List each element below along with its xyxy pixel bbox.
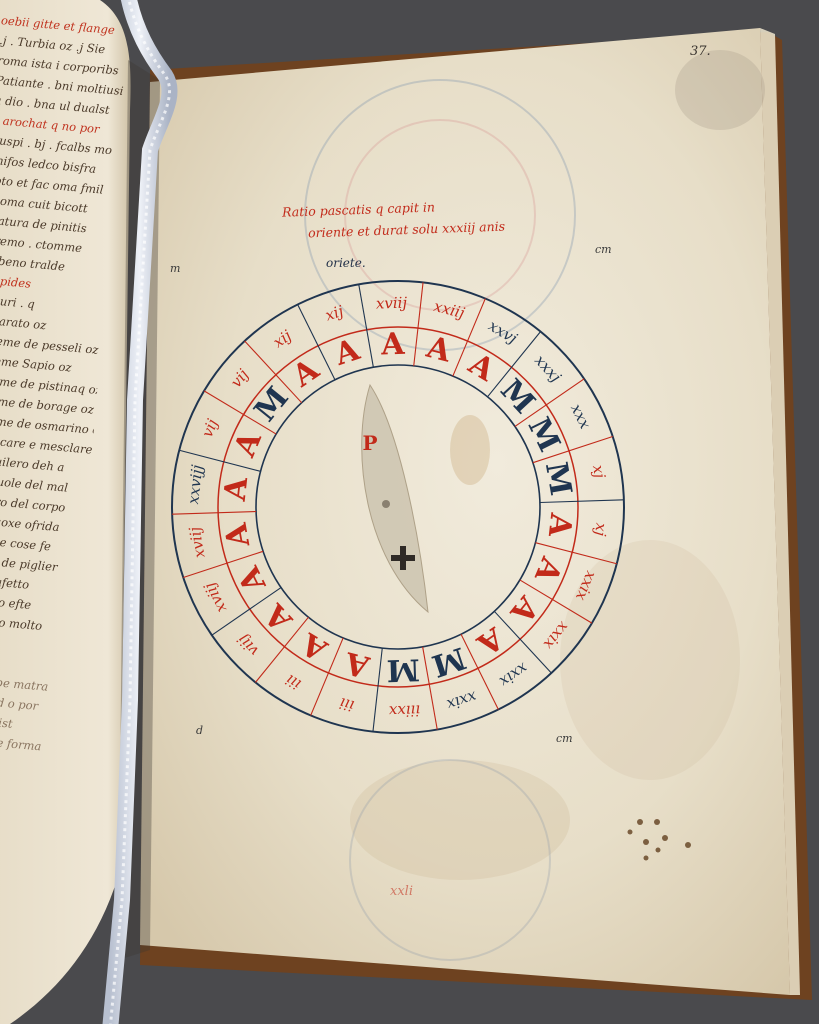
inner-letter: A (541, 511, 579, 540)
left-page-line-text: eccella jo ist (0, 710, 13, 730)
left-page-line-text: no beno tralde (0, 252, 65, 273)
pivot-pin (382, 500, 390, 508)
folio-number: 37. (690, 44, 711, 59)
margin-mark-top-right: cm (595, 243, 612, 256)
inner-letter: A (380, 327, 406, 363)
left-page-line-text: Garato oz (0, 313, 47, 332)
orient-label: oriete. (326, 256, 366, 270)
left-page-line-text: u lapides (0, 272, 32, 291)
margin-mark-bottom-right: cm (556, 732, 573, 745)
margin-mark-top-left: m (170, 262, 180, 275)
inner-letter: A (218, 475, 256, 504)
pointer-letter: P (362, 431, 377, 455)
outer-numeral: iiixx (388, 701, 420, 720)
inner-letter: M (386, 651, 420, 687)
outer-numeral: xj (591, 522, 610, 537)
manuscript-photo: xviijAxxiijAxxvjAxxxjMxxxMxjMxjAxxixAxxi… (0, 0, 819, 1024)
left-page-line-text: nimo e afetto (0, 571, 30, 592)
inner-letter: M (538, 459, 578, 498)
margin-mark-bottom-left: d (196, 724, 203, 737)
left-page-line-text: Auri . q (0, 293, 35, 311)
show-through-red-text: xxli (390, 884, 413, 899)
left-page-line-text: ne . Ballo efte (0, 591, 32, 612)
scene-svg: xviijAxxiijAxxvjAxxxjMxxxMxjMxjAxxixAxxi… (0, 0, 819, 1024)
outer-numeral: xviij (376, 294, 408, 313)
